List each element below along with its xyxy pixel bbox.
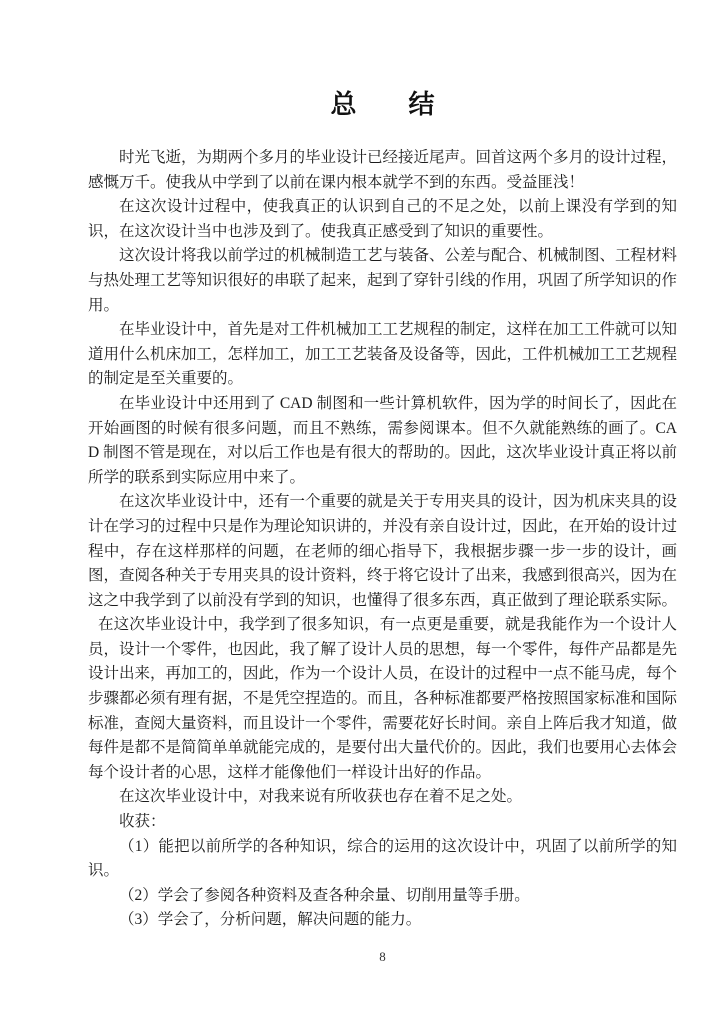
body-paragraph-designer-role: 在这次毕业设计中，我学到了很多知识，有一点更是重要，就是我能作为一个设计人员，设… bbox=[88, 613, 677, 785]
page-number: 8 bbox=[88, 949, 677, 965]
body-paragraph-fixture-design: 在这次毕业设计中，还有一个重要的就是关于专用夹具的设计，因为机床夹具的设计在学习… bbox=[88, 490, 677, 613]
page-title: 总 结 bbox=[88, 90, 677, 120]
document-body: 时光飞逝，为期两个多月的毕业设计已经接近尾声。回首这两个多月的设计过程，感慨万千… bbox=[88, 146, 677, 933]
body-paragraph-process-planning: 在毕业设计中，首先是对工件机械加工工艺规程的制定，这样在加工工件就可以知道用什么… bbox=[88, 318, 677, 392]
body-paragraph-cad: 在毕业设计中还用到了 CAD 制图和一些计算机软件，因为学的时间长了，因此在开始… bbox=[88, 392, 677, 490]
document-page: 总 结 时光飞逝，为期两个多月的毕业设计已经接近尾声。回首这两个多月的设计过程，… bbox=[0, 0, 724, 1024]
body-paragraph-gains-and-shortage: 在这次毕业设计中，对我来说有所收获也存在着不足之处。 bbox=[88, 785, 677, 810]
body-paragraph-intro: 时光飞逝，为期两个多月的毕业设计已经接近尾声。回首这两个多月的设计过程，感慨万千… bbox=[88, 146, 677, 195]
harvest-label: 收获： bbox=[88, 810, 677, 835]
body-paragraph-shortcomings: 在这次设计过程中，使我真正的认识到自己的不足之处，以前上课没有学到的知识，在这次… bbox=[88, 195, 677, 244]
harvest-item-2: （2）学会了参阅各种资料及查各种余量、切削用量等手册。 bbox=[88, 884, 677, 909]
harvest-item-1: （1）能把以前所学的各种知识，综合的运用的这次设计中，巩固了以前所学的知识。 bbox=[88, 835, 677, 884]
body-paragraph-knowledge-links: 这次设计将我以前学过的机械制造工艺与装备、公差与配合、机械制图、工程材料与热处理… bbox=[88, 244, 677, 318]
harvest-item-3: （3）学会了，分析问题，解决问题的能力。 bbox=[88, 908, 677, 933]
